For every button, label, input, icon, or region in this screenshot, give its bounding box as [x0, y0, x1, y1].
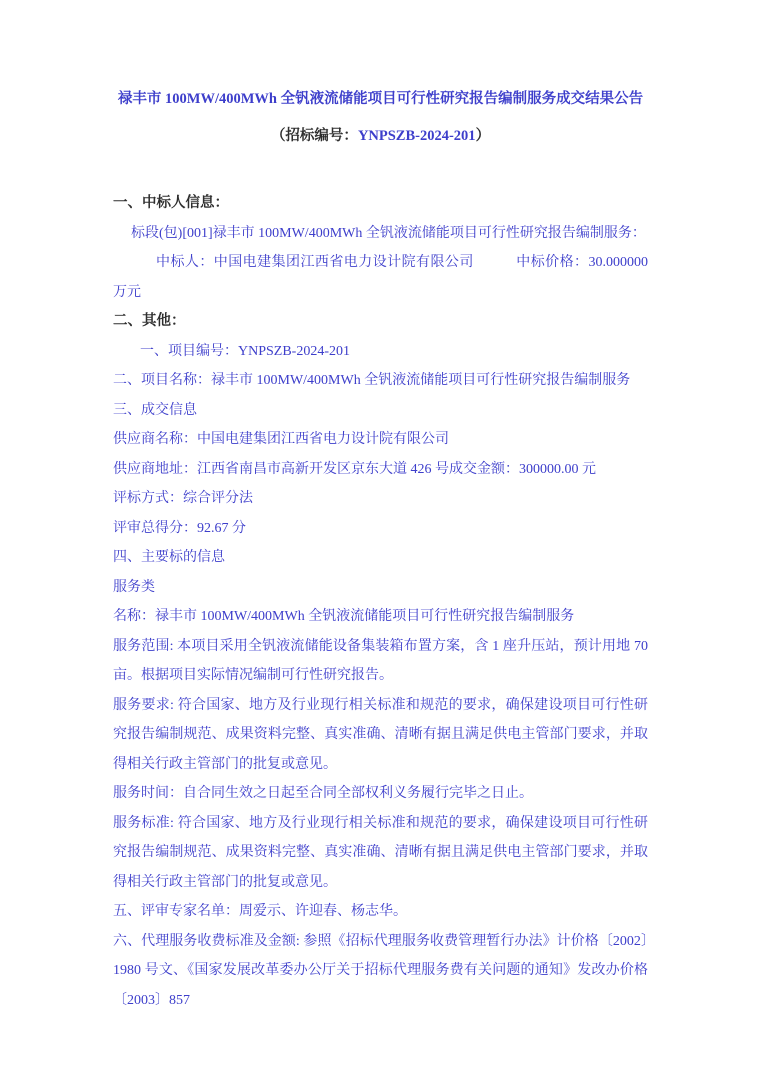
- deal-info-heading: 三、成交信息: [113, 396, 648, 426]
- subject-info-heading: 四、主要标的信息: [113, 543, 648, 573]
- document-body: 一、中标人信息： 标段(包)[001]禄丰市 100MW/400MWh 全钒液流…: [113, 189, 648, 1015]
- winner-name: 中标人：中国电建集团江西省电力设计院有限公司: [156, 255, 474, 270]
- lot-line: 标段(包)[001]禄丰市 100MW/400MWh 全钒液流储能项目可行性研究…: [113, 219, 648, 249]
- subtitle-prefix: （招标编号：: [271, 128, 358, 144]
- service-standard-paragraph: 服务标准: 符合国家、地方及行业现行相关标准和规范的要求，确保建设项目可行性研究…: [113, 809, 648, 898]
- supplier-name-line: 供应商名称：中国电建集团江西省电力设计院有限公司: [113, 425, 648, 455]
- evaluation-method-line: 评标方式：综合评分法: [113, 484, 648, 514]
- expert-list-line: 五、评审专家名单：周爱示、许迎春、杨志华。: [113, 897, 648, 927]
- winner-line: 中标人：中国电建集团江西省电力设计院有限公司中标价格：30.000000 万元: [113, 248, 648, 307]
- subtitle-suffix: ）: [476, 128, 491, 144]
- other-heading: 二、其他：: [113, 307, 648, 337]
- agency-fee-paragraph: 六、代理服务收费标准及金额: 参照《招标代理服务收费管理暂行办法》计价格〔200…: [113, 927, 648, 1016]
- document-subtitle: （招标编号：YNPSZB-2024-201）: [113, 125, 648, 147]
- document-page: 禄丰市 100MW/400MWh 全钒液流储能项目可行性研究报告编制服务成交结果…: [0, 0, 760, 1074]
- project-name-line: 二、项目名称：禄丰市 100MW/400MWh 全钒液流储能项目可行性研究报告编…: [113, 366, 648, 396]
- service-scope-paragraph: 服务范围: 本项目采用全钒液流储能设备集装箱布置方案，含 1 座升压站，预计用地…: [113, 632, 648, 691]
- service-category-line: 服务类: [113, 573, 648, 603]
- service-time-line: 服务时间：自合同生效之日起至合同全部权利义务履行完毕之日止。: [113, 779, 648, 809]
- service-requirements-paragraph: 服务要求: 符合国家、地方及行业现行相关标准和规范的要求，确保建设项目可行性研究…: [113, 691, 648, 780]
- service-name-line: 名称：禄丰市 100MW/400MWh 全钒液流储能项目可行性研究报告编制服务: [113, 602, 648, 632]
- document-title: 禄丰市 100MW/400MWh 全钒液流储能项目可行性研究报告编制服务成交结果…: [113, 88, 648, 110]
- supplier-address-line: 供应商地址：江西省南昌市高新开发区京东大道 426 号成交金额：300000.0…: [113, 455, 648, 485]
- winner-info-heading: 一、中标人信息：: [113, 189, 648, 219]
- project-number-line: 一、项目编号：YNPSZB-2024-201: [113, 337, 648, 367]
- tender-number: YNPSZB-2024-201: [358, 128, 476, 144]
- total-score-line: 评审总得分：92.67 分: [113, 514, 648, 544]
